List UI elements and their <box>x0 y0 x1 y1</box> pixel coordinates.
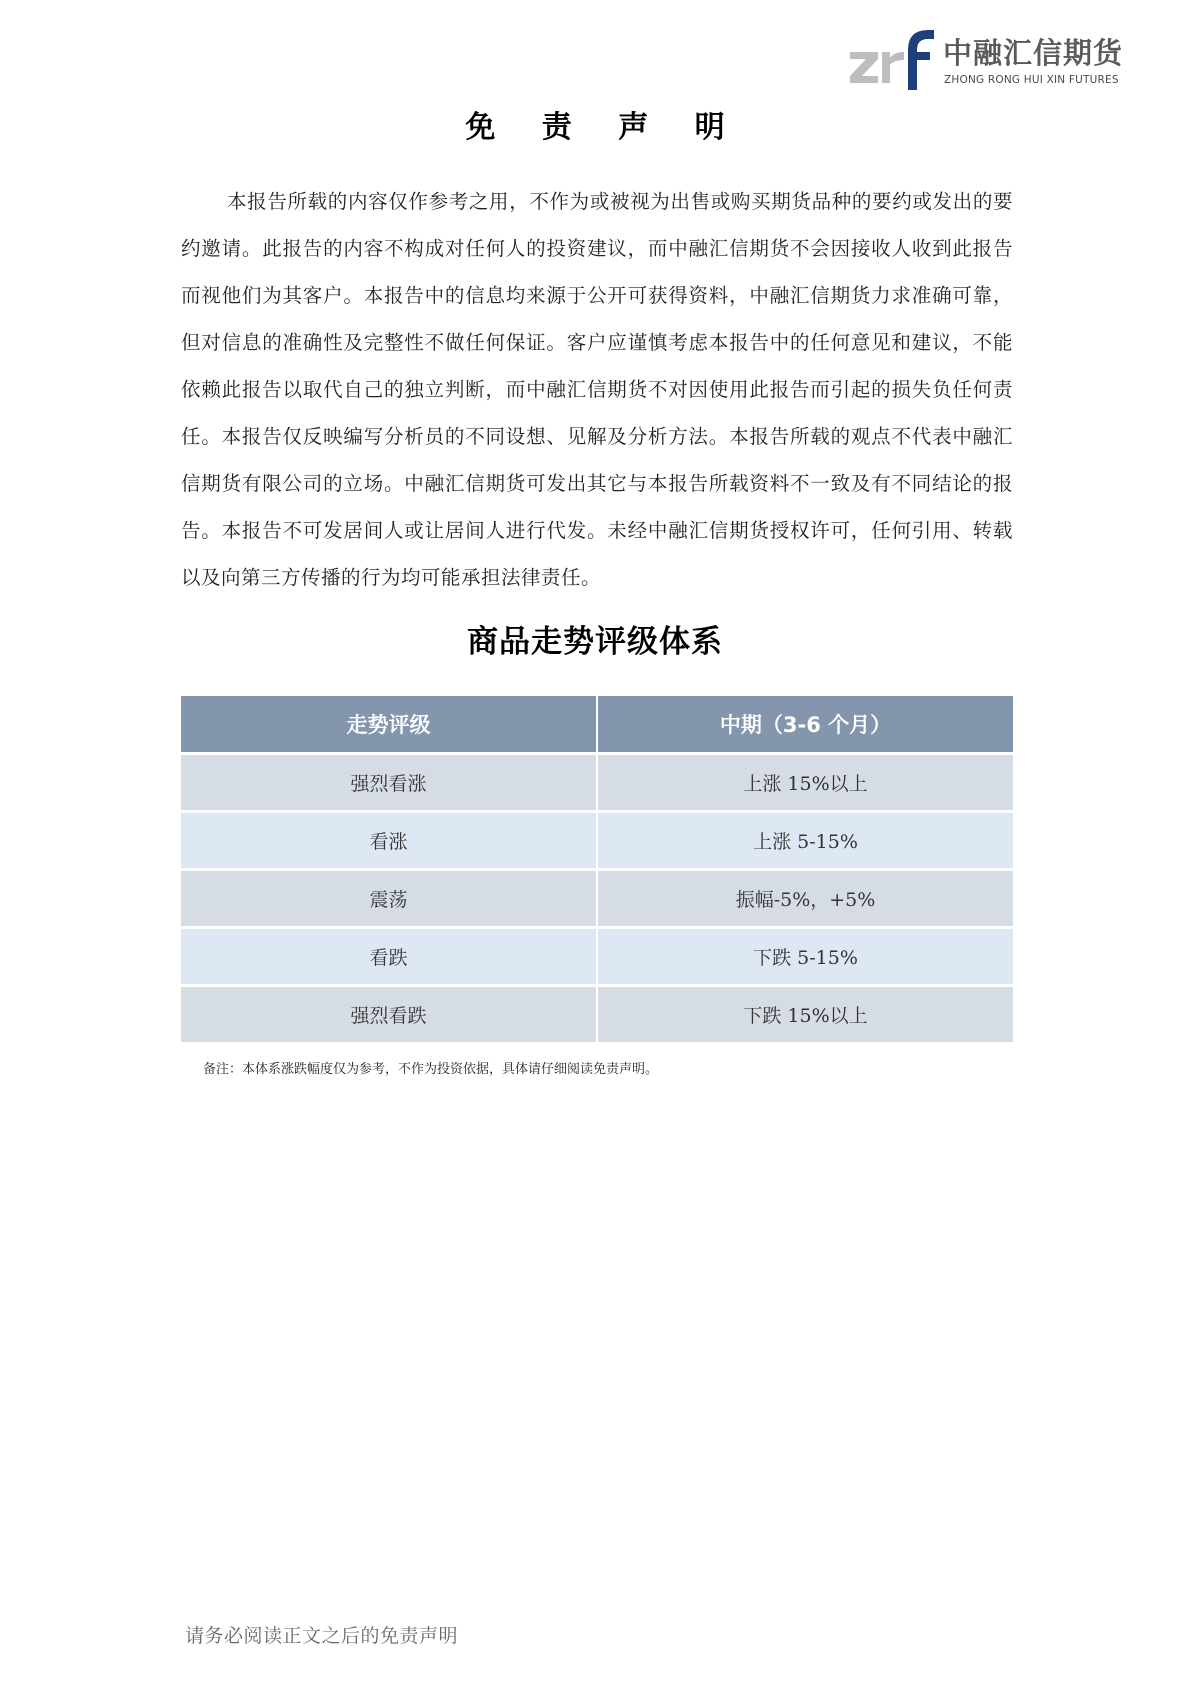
table-row: 震荡 振幅-5%，+5% <box>181 870 1013 928</box>
table-header-row: 走势评级 中期（3-6 个月） <box>181 696 1013 754</box>
rating-cell: 看涨 <box>181 812 597 870</box>
table-row: 强烈看涨 上涨 15%以上 <box>181 754 1013 812</box>
zrf-logo-mark-icon <box>848 28 938 90</box>
logo-name-en: ZHONG RONG HUI XIN FUTURES <box>944 74 1119 86</box>
rating-cell: 震荡 <box>181 870 597 928</box>
rating-table: 走势评级 中期（3-6 个月） 强烈看涨 上涨 15%以上 看涨 上涨 5-15… <box>181 696 1013 1045</box>
page-footer: 请务必阅读正文之后的免责声明 <box>185 1621 458 1648</box>
rating-cell: 看跌 <box>181 928 597 986</box>
range-cell: 上涨 15%以上 <box>597 754 1013 812</box>
range-cell: 下跌 5-15% <box>597 928 1013 986</box>
table-note: 备注：本体系涨跌幅度仅为参考，不作为投资依据，具体请仔细阅读免责声明。 <box>203 1058 658 1077</box>
disclaimer-paragraph: 本报告所载的内容仅作参考之用，不作为或被视为出售或购买期货品种的要约或发出的要约… <box>181 178 1013 601</box>
range-cell: 下跌 15%以上 <box>597 986 1013 1044</box>
column-header-rating: 走势评级 <box>181 696 597 754</box>
rating-system-title: 商品走势评级体系 <box>0 620 1190 664</box>
company-logo: 中融汇信期货 ZHONG RONG HUI XIN FUTURES <box>848 28 1128 90</box>
range-cell: 振幅-5%，+5% <box>597 870 1013 928</box>
rating-cell: 强烈看跌 <box>181 986 597 1044</box>
table-row: 看跌 下跌 5-15% <box>181 928 1013 986</box>
table-row: 强烈看跌 下跌 15%以上 <box>181 986 1013 1044</box>
range-cell: 上涨 5-15% <box>597 812 1013 870</box>
logo-name-cn: 中融汇信期货 <box>943 36 1123 70</box>
rating-cell: 强烈看涨 <box>181 754 597 812</box>
disclaimer-title: 免 责 声 明 <box>0 104 1190 152</box>
column-header-midterm: 中期（3-6 个月） <box>597 696 1013 754</box>
table-row: 看涨 上涨 5-15% <box>181 812 1013 870</box>
